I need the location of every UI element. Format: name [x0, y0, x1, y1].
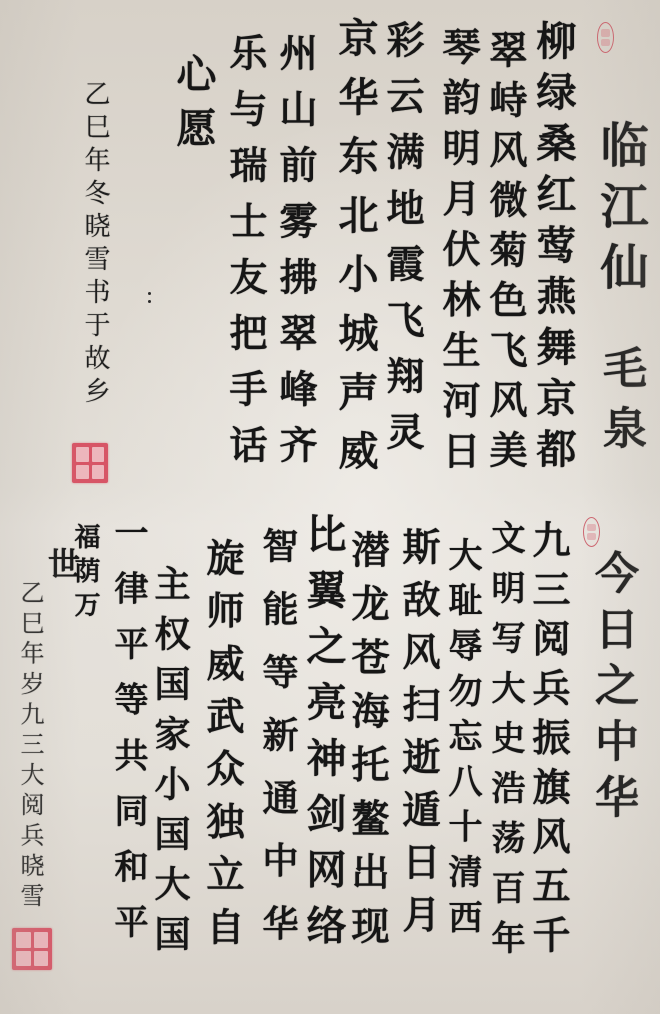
- upper-poem-column: 京华东北小城声威: [335, 17, 375, 489]
- upper-poem-column: 彩云满地霞飞翔灵: [383, 20, 421, 468]
- lower-poem-column: 文明写大史浩荡百年: [488, 520, 522, 970]
- lower-poem-column: 比翼之亮神剑网络: [303, 513, 343, 960]
- square-seal-icon: [72, 443, 108, 483]
- upper-poem-column: 翠峙风微菊色飞风美: [486, 30, 524, 480]
- lower-poem-column: 斯敌风扫逝遁日月: [399, 527, 437, 947]
- oval-seal-icon: [583, 517, 600, 547]
- lower-poem-column: 一律平等共同和平: [111, 515, 145, 960]
- lower-poem-column: 旋师威武众独立自: [203, 538, 241, 960]
- lower-poem-column: 主权国家小国大国: [152, 565, 188, 965]
- upper-poem-column: 柳绿桑红莺燕舞京都: [533, 20, 573, 479]
- upper-poem-column: 州山前雾拂翠峰齐: [276, 33, 314, 481]
- upper-poem-author: 毛泉: [598, 345, 642, 465]
- lower-inscription: 乙巳年岁九三大阅兵晓雪: [18, 580, 42, 913]
- upper-poem-column: 琴韵明月伏林生河日: [439, 27, 477, 482]
- oval-seal-icon: [597, 22, 614, 53]
- lower-poem-column: 大耻辱勿忘八十清西: [445, 537, 479, 945]
- lower-poem-column: 智能等新通中华: [260, 527, 296, 967]
- square-seal-icon: [12, 928, 52, 970]
- lower-poem-column: 九三阅兵振旗风五千: [529, 520, 567, 965]
- lower-poem-column: 潜龙苍海托鳌出现: [348, 530, 386, 960]
- upper-poem-column: 乐与瑞士友把手话: [226, 33, 264, 481]
- calligraphy-scroll: 临江仙 毛泉 柳绿桑红莺燕舞京都 翠峙风微菊色飞风美 琴韵明月伏林生河日 彩云满…: [0, 0, 660, 1014]
- ink-dot: [148, 300, 151, 303]
- upper-poem-column: 心愿: [173, 53, 213, 161]
- upper-inscription: 乙巳年冬晓雪书于故乡: [82, 80, 108, 410]
- lower-poem-column: 世: [46, 547, 78, 579]
- upper-poem-title: 临江仙: [596, 120, 644, 303]
- ink-dot: [148, 292, 151, 295]
- lower-poem-title: 今日之中华: [590, 550, 634, 830]
